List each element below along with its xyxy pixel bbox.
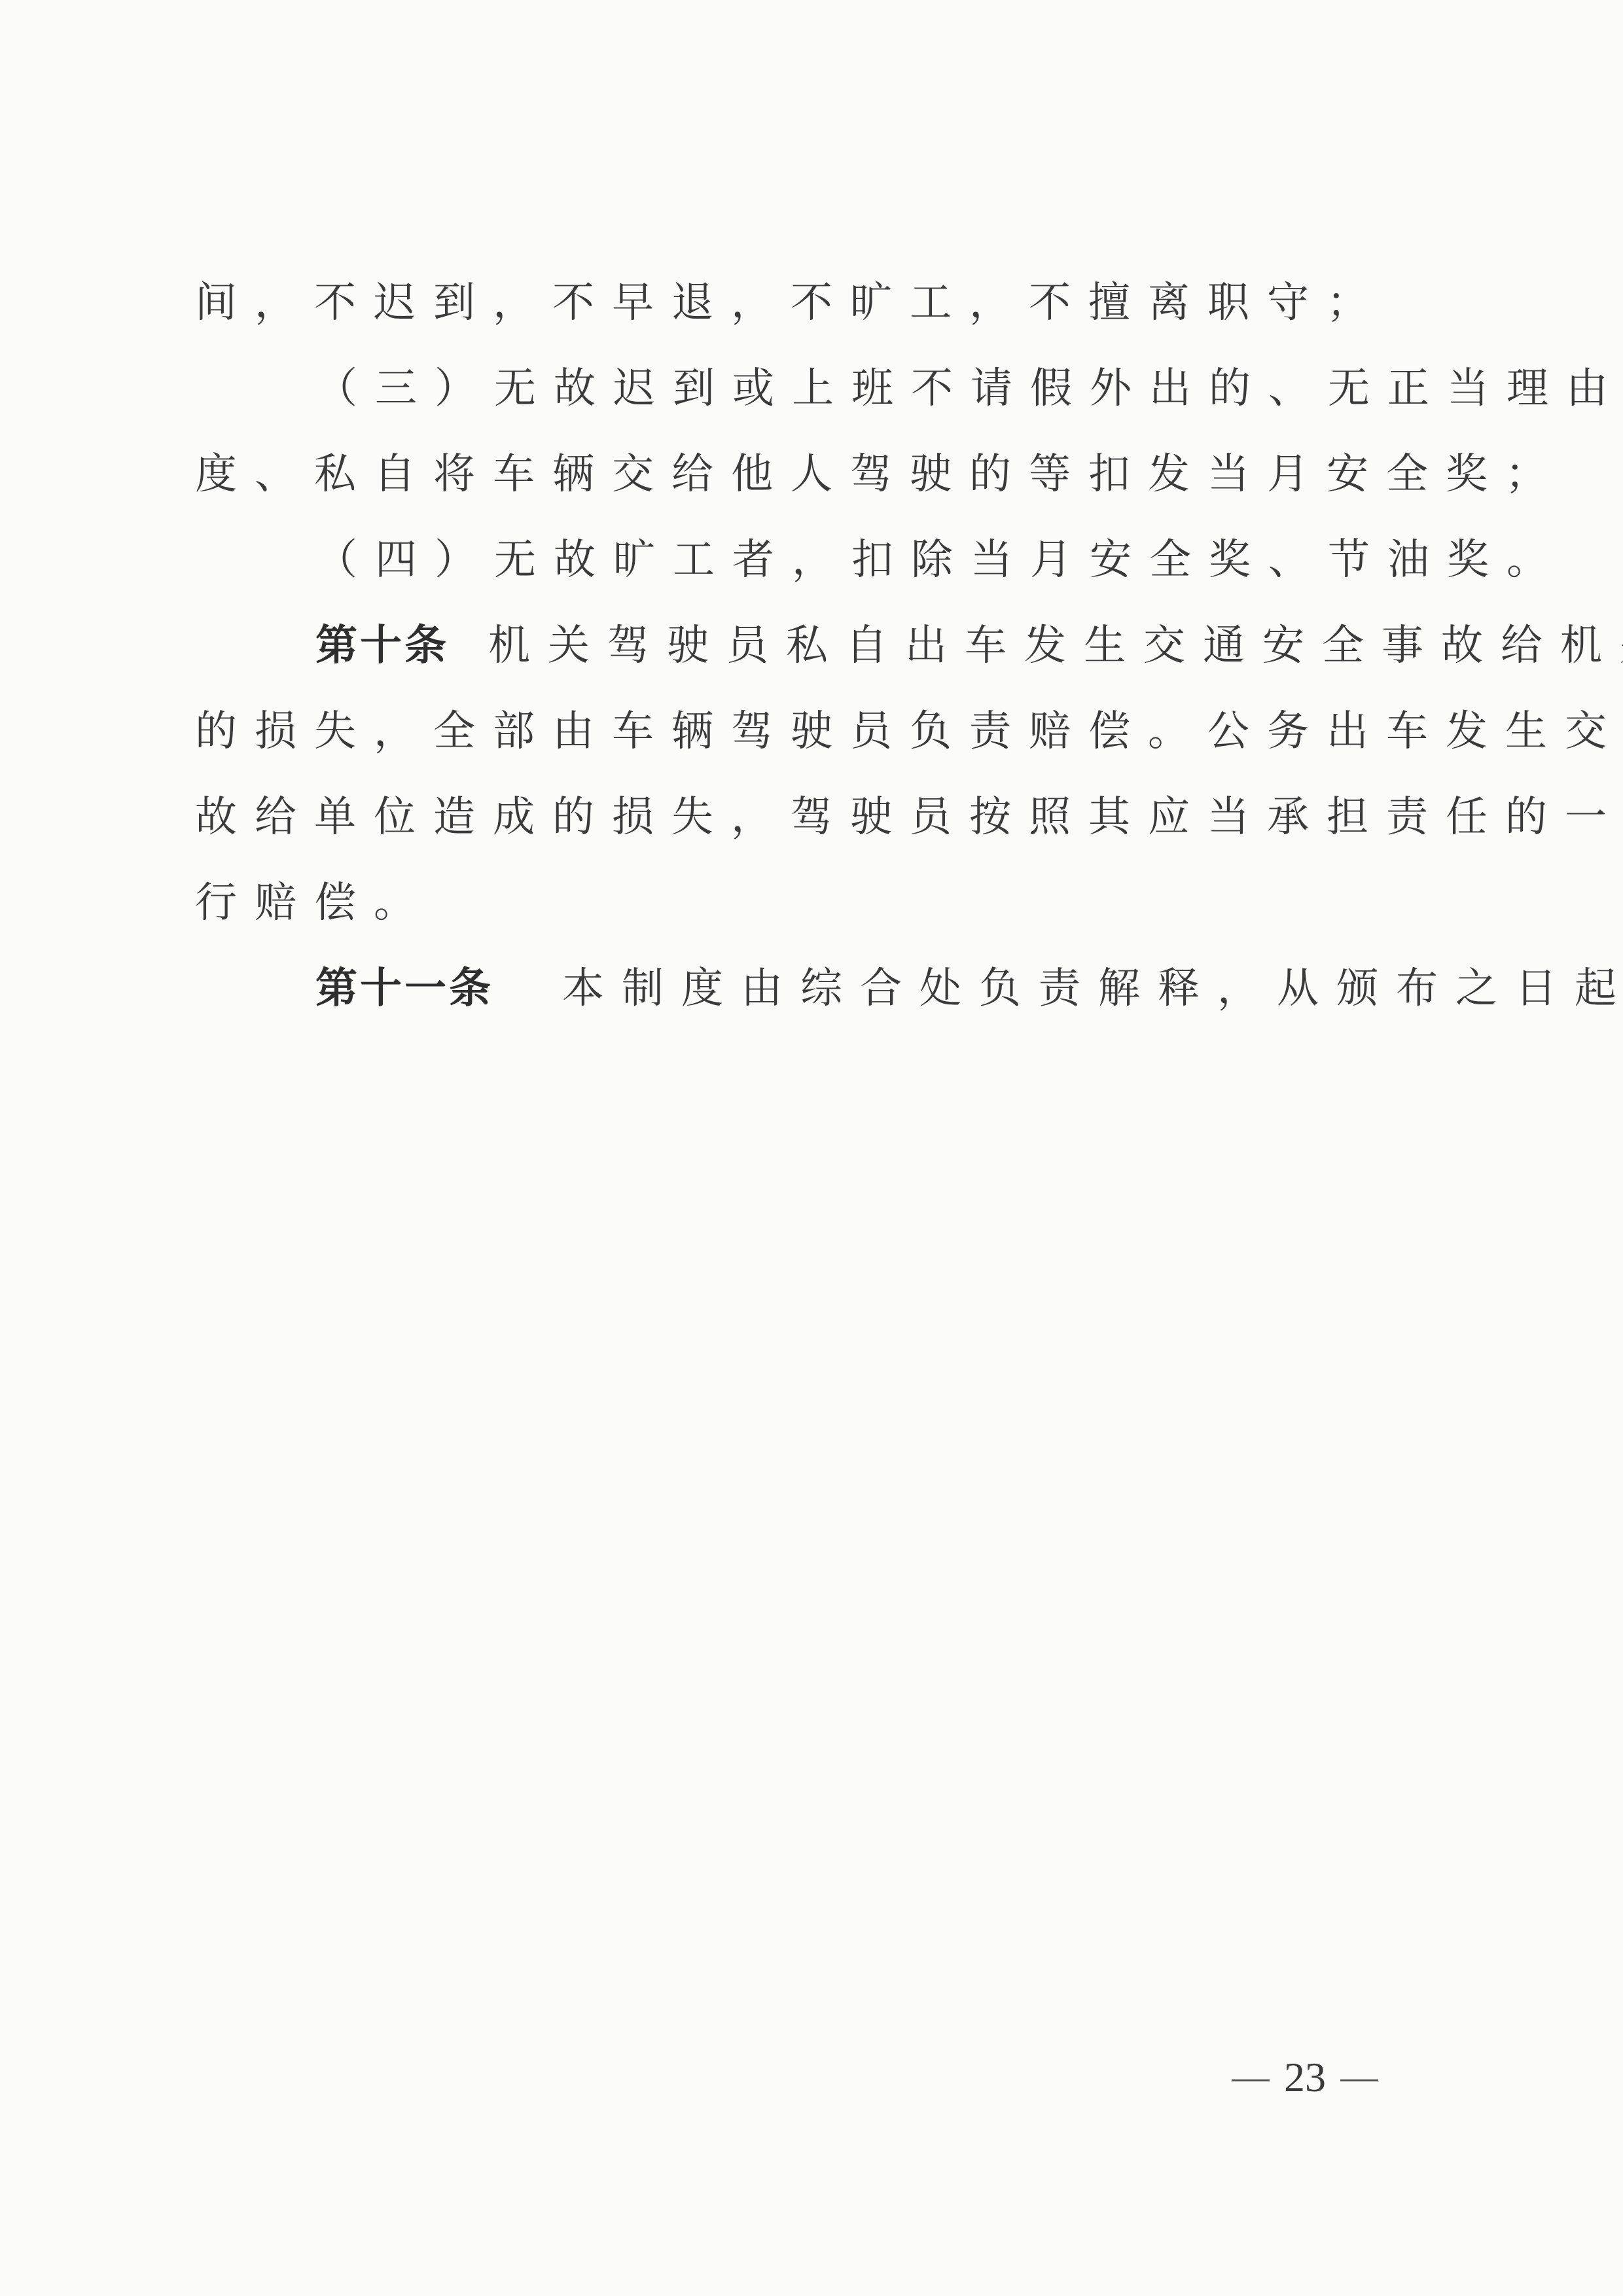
dash-left [1232, 2079, 1270, 2081]
article-10-text: 机关驾驶员私自出车发生交通安全事故给机关造成 [488, 622, 1623, 670]
page-number-value: 23 [1284, 2054, 1326, 2100]
article-10-line-2: 的损失，全部由车辆驾驶员负责赔偿。公务出车发生交通安全事 [195, 689, 1419, 775]
dash-right [1340, 2079, 1378, 2081]
document-body: 间，不迟到，不早退，不旷工，不擅离职守； （三）无故迟到或上班不请假外出的、无正… [195, 260, 1419, 1032]
clause-3-line-1: （三）无故迟到或上班不请假外出的、无正当理由不服从调 [195, 346, 1419, 432]
document-page: 间，不迟到，不早退，不旷工，不擅离职守； （三）无故迟到或上班不请假外出的、无正… [0, 0, 1623, 2296]
article-10-line-3: 故给单位造成的损失，驾驶员按照其应当承担责任的一定比例进 [195, 775, 1419, 860]
article-11-text: 本制度由综合处负责解释，从颁布之日起执行。 [562, 964, 1623, 1013]
article-10-line-1: 第十条机关驾驶员私自出车发生交通安全事故给机关造成 [195, 603, 1419, 689]
clause-3-line-2: 度、私自将车辆交给他人驾驶的等扣发当月安全奖； [195, 432, 1419, 518]
article-11-heading: 第十一条 [315, 964, 493, 1013]
article-11-line: 第十一条本制度由综合处负责解释，从颁布之日起执行。 [195, 946, 1419, 1032]
clause-4-line: （四）无故旷工者，扣除当月安全奖、节油奖。 [195, 518, 1419, 603]
paragraph-continuation-line: 间，不迟到，不早退，不旷工，不擅离职守； [195, 260, 1419, 346]
page-number: 23 [1217, 2051, 1374, 2104]
article-10-heading: 第十条 [315, 622, 449, 670]
article-10-line-4: 行赔偿。 [195, 860, 1419, 946]
